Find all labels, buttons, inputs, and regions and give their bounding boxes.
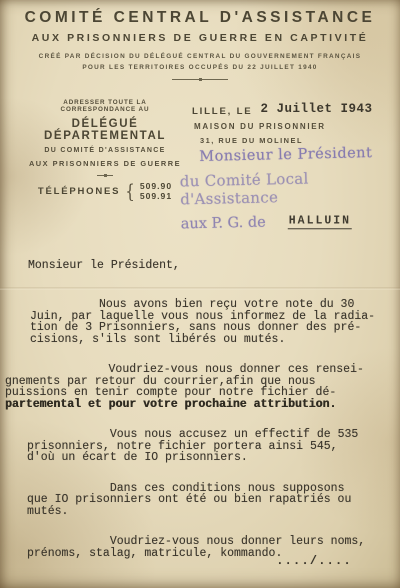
paper-fold-crease	[0, 287, 400, 290]
telephone-number-2: 509.91	[140, 191, 172, 201]
sender-address-line1: MAISON DU PRISONNIER	[192, 122, 392, 131]
organization-subtitle: AUX PRISONNIERS DE GUERRE EN CAPTIVITÉ	[0, 32, 400, 44]
founding-decree-line1: CRÉÉ PAR DÉCISION DU DÉLÉGUÉ CENTRAL DU …	[0, 53, 400, 60]
salutation: Monsieur le Président,	[28, 260, 180, 272]
letter-body: Nous avons bien reçu votre note du 30 Ju…	[0, 299, 400, 578]
paragraph-3-text: Vous nous accusez un effectif de 535 pri…	[27, 428, 358, 464]
paragraph-4-text: Dans ces conditions nous supposons que I…	[27, 482, 351, 518]
committee-line: DU COMITÉ D'ASSISTANCE	[26, 147, 184, 154]
recipient-stamp: Monsieur le Président du Comité Local d'…	[179, 145, 396, 233]
letter-document: COMITÉ CENTRAL D'ASSISTANCE AUX PRISONNI…	[0, 0, 400, 588]
founding-decree-line2: POUR LES TERRITOIRES OCCUPÉS DU 22 JUILL…	[0, 64, 400, 71]
correspondence-note: ADRESSER TOUTE LA CORRESPONDANCE AU	[26, 99, 184, 113]
telephone-number-1: 509.90	[140, 181, 172, 191]
sender-address-line2: 31, RUE DU MOLINEL	[192, 136, 392, 145]
paragraph-4: Dans ces conditions nous supposons que I…	[27, 483, 400, 518]
header-divider	[172, 79, 228, 80]
stamp-line2: du Comité Local d'Assistance	[180, 168, 396, 209]
paragraph-2-bold: partemental et pour votre prochaine attr…	[5, 398, 336, 411]
telephones-row: TÉLÉPHONES { 509.90 509.91	[26, 181, 184, 201]
stamp-line3: aux P. G. de HALLUIN	[181, 212, 396, 233]
paragraph-1-text: Nous avons bien reçu votre note du 30 Ju…	[30, 298, 375, 346]
typed-city-name: HALLUIN	[288, 214, 352, 229]
typed-date: 2 Juillet I943	[260, 102, 372, 116]
stamp-line3-text: aux P. G. de	[181, 215, 266, 233]
paragraph-3: Vous nous accusez un effectif de 535 pri…	[27, 429, 400, 464]
prisoners-line: AUX PRISONNIERS DE GUERRE	[26, 159, 184, 168]
organization-title: COMITÉ CENTRAL D'ASSISTANCE	[0, 9, 400, 27]
correspondence-address-block: ADRESSER TOUTE LA CORRESPONDANCE AU DÉLÉ…	[26, 99, 184, 201]
continuation-mark: ..../....	[276, 556, 352, 568]
place-date-row: LILLE, LE 2 Juillet I943	[192, 102, 392, 117]
letterhead: COMITÉ CENTRAL D'ASSISTANCE AUX PRISONNI…	[0, 9, 400, 80]
paragraph-1: Nous avons bien reçu votre note du 30 Ju…	[30, 299, 400, 345]
paragraph-2-text: Voudriez-vous nous donner ces rensei- gn…	[5, 363, 364, 399]
telephone-numbers: 509.90 509.91	[140, 181, 172, 201]
telephones-label: TÉLÉPHONES	[38, 186, 120, 197]
address-divider	[97, 175, 113, 176]
place-label: LILLE, LE	[192, 106, 252, 117]
brace-glyph: {	[125, 180, 135, 203]
delegate-title: DÉLÉGUÉ DÉPARTEMENTAL	[26, 118, 184, 142]
paragraph-2: Voudriez-vous nous donner ces rensei- gn…	[5, 364, 400, 410]
